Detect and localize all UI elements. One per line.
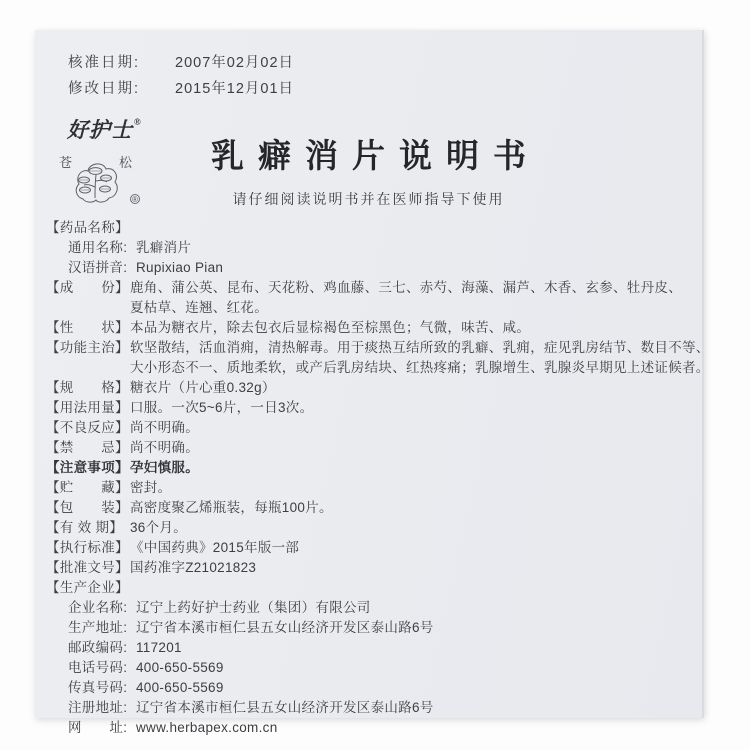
section-label: 【生产企业】	[46, 578, 130, 598]
subfield-label: 电话号码:	[68, 658, 136, 678]
section-label: 【功能主治】	[46, 338, 130, 358]
subfield-value: 乳癖消片	[136, 240, 191, 255]
subfield-value: 117201	[136, 640, 182, 655]
subfield-label: 注册地址:	[68, 698, 136, 718]
insert-section-row: 【贮 藏】密封。	[46, 478, 702, 498]
insert-section-row: 【批准文号】国药准字Z21021823	[46, 558, 702, 578]
insert-subfield-row: 传真号码:400-650-5569	[46, 678, 702, 698]
subfield-value: www.herbapex.com.cn	[136, 720, 278, 735]
insert-section-row: 【注意事项】孕妇慎服。	[46, 458, 702, 478]
section-text: 鹿角、蒲公英、昆布、天花粉、鸡血藤、三七、赤芍、海藻、漏芦、木香、玄参、牡丹皮、	[130, 280, 682, 295]
approval-date-label: 核准日期:	[68, 50, 170, 76]
subfield-label: 邮政编码:	[68, 638, 136, 658]
insert-section-row: 【不良反应】尚不明确。	[46, 418, 702, 438]
section-text: 糖衣片（片心重0.32g）	[130, 380, 276, 395]
subfield-value: 400-650-5569	[136, 660, 224, 675]
section-text-continued: 大小形态不一、质地柔软，或产后乳房结块、红热疼痛；乳腺增生、乳腺炎早期见上述证候…	[46, 358, 702, 378]
photo-background: 核准日期: 2007年02月02日 修改日期: 2015年12月01日 好护士®…	[0, 0, 750, 750]
subfield-label: 汉语拼音:	[68, 258, 136, 278]
section-text: 高密度聚乙烯瓶装，每瓶100片。	[130, 500, 333, 515]
insert-subfield-row: 通用名称:乳癖消片	[46, 238, 702, 258]
insert-section-row: 【药品名称】	[46, 218, 702, 238]
insert-subfield-row: 生产地址:辽宁省本溪市桓仁县五女山经济开发区泰山路6号	[46, 618, 702, 638]
approval-dates: 核准日期: 2007年02月02日 修改日期: 2015年12月01日	[68, 50, 294, 102]
insert-subfield-row: 注册地址:辽宁省本溪市桓仁县五女山经济开发区泰山路6号	[46, 698, 702, 718]
subfield-label: 生产地址:	[68, 618, 136, 638]
insert-section-row: 【用法用量】口服。一次5~6片，一日3次。	[46, 398, 702, 418]
insert-section-row: 【生产企业】	[46, 578, 702, 598]
section-text: 口服。一次5~6片，一日3次。	[130, 400, 313, 415]
subfield-value: 辽宁省本溪市桓仁县五女山经济开发区泰山路6号	[136, 700, 434, 715]
section-label: 【性 状】	[46, 318, 130, 338]
section-label: 【注意事项】	[46, 458, 130, 478]
revision-date-row: 修改日期: 2015年12月01日	[68, 76, 294, 102]
insert-body: 【药品名称】通用名称:乳癖消片汉语拼音:Rupixiao Pian【成 份】鹿角…	[46, 218, 702, 738]
section-text: 软坚散结，活血消痈，清热解毒。用于痰热互结所致的乳癖、乳痈，症见乳房结节、数目不…	[130, 340, 710, 355]
subfield-value: 辽宁上药好护士药业（集团）有限公司	[136, 600, 371, 615]
section-text: 本品为糖衣片，除去包衣后显棕褐色至棕黑色；气微，味苦、咸。	[130, 320, 530, 335]
subfield-value: 辽宁省本溪市桓仁县五女山经济开发区泰山路6号	[136, 620, 434, 635]
insert-subfield-row: 电话号码:400-650-5569	[46, 658, 702, 678]
section-label: 【包 装】	[46, 498, 130, 518]
insert-section-row: 【有 效 期】36个月。	[46, 518, 702, 538]
document-subtitle: 请仔细阅读说明书并在医师指导下使用	[35, 189, 702, 209]
section-text: 36个月。	[130, 520, 187, 535]
section-label: 【禁 忌】	[46, 438, 130, 458]
package-insert-page: 核准日期: 2007年02月02日 修改日期: 2015年12月01日 好护士®…	[35, 30, 704, 718]
revision-date-label: 修改日期:	[68, 76, 170, 102]
section-text: 尚不明确。	[130, 420, 199, 435]
insert-section-row: 【包 装】高密度聚乙烯瓶装，每瓶100片。	[46, 498, 702, 518]
insert-section-row: 【功能主治】软坚散结，活血消痈，清热解毒。用于痰热互结所致的乳癖、乳痈，症见乳房…	[46, 338, 702, 358]
approval-date-value: 2007年02月02日	[175, 55, 294, 71]
section-text: 尚不明确。	[130, 440, 199, 455]
insert-subfield-row: 企业名称:辽宁上药好护士药业（集团）有限公司	[46, 598, 702, 618]
subfield-value: 400-650-5569	[136, 680, 224, 695]
section-text: 国药准字Z21021823	[130, 560, 256, 575]
insert-section-row: 【执行标准】《中国药典》2015年版一部	[46, 538, 702, 558]
section-label: 【规 格】	[46, 378, 130, 398]
subfield-label: 传真号码:	[68, 678, 136, 698]
section-label: 【有 效 期】	[46, 518, 130, 538]
section-label: 【成 份】	[46, 278, 130, 298]
insert-section-row: 【规 格】糖衣片（片心重0.32g）	[46, 378, 702, 398]
title-block: 乳癖消片说明书 请仔细阅读说明书并在医师指导下使用	[35, 130, 702, 209]
insert-section-row: 【禁 忌】尚不明确。	[46, 438, 702, 458]
section-text: 孕妇慎服。	[130, 460, 199, 475]
document-title: 乳癖消片说明书	[35, 130, 702, 177]
insert-subfield-row: 邮政编码:117201	[46, 638, 702, 658]
insert-subfield-row: 汉语拼音:Rupixiao Pian	[46, 258, 702, 278]
section-label: 【不良反应】	[46, 418, 130, 438]
subfield-label: 网 址:	[68, 718, 136, 738]
revision-date-value: 2015年12月01日	[175, 81, 294, 97]
insert-section-row: 【性 状】本品为糖衣片，除去包衣后显棕褐色至棕黑色；气微，味苦、咸。	[46, 318, 702, 338]
subfield-label: 企业名称:	[68, 598, 136, 618]
insert-subfield-row: 网 址:www.herbapex.com.cn	[46, 718, 702, 738]
section-label: 【批准文号】	[46, 558, 130, 578]
subfield-value: Rupixiao Pian	[136, 260, 223, 275]
insert-section-row: 【成 份】鹿角、蒲公英、昆布、天花粉、鸡血藤、三七、赤芍、海藻、漏芦、木香、玄参…	[46, 278, 702, 298]
section-label: 【执行标准】	[46, 538, 130, 558]
section-text-continued: 夏枯草、连翘、红花。	[46, 298, 702, 318]
section-text: 密封。	[130, 480, 171, 495]
section-text: 《中国药典》2015年版一部	[130, 540, 299, 555]
section-label: 【药品名称】	[46, 218, 130, 238]
approval-date-row: 核准日期: 2007年02月02日	[68, 50, 294, 76]
section-label: 【用法用量】	[46, 398, 130, 418]
subfield-label: 通用名称:	[68, 238, 136, 258]
registered-trademark-icon: ®	[134, 117, 142, 127]
section-label: 【贮 藏】	[46, 478, 130, 498]
